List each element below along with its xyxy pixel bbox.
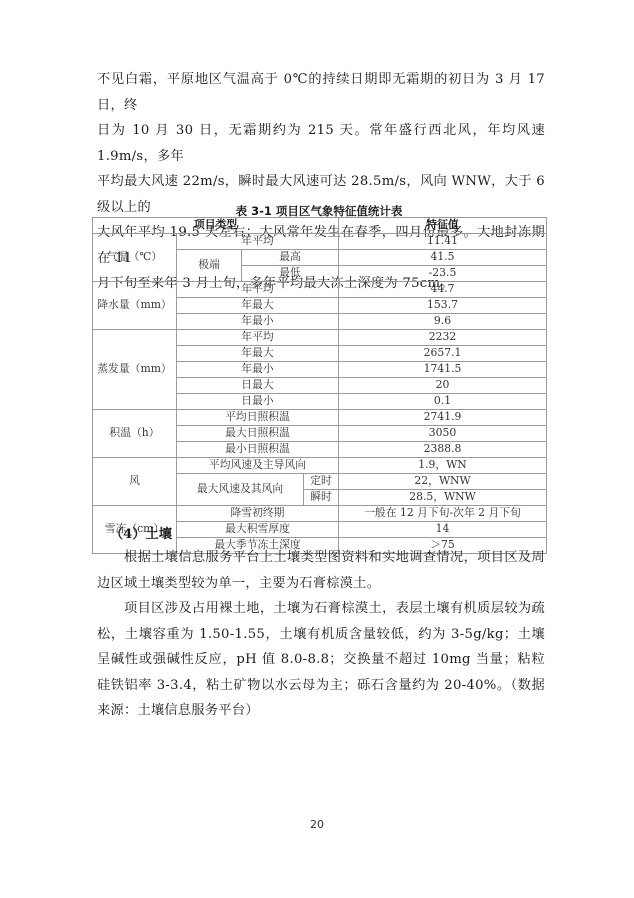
row-value: 14	[339, 522, 547, 538]
table-row: 积温（h） 平均日照积温 2741.9	[93, 410, 547, 426]
row-label: 降雪初终期	[177, 506, 339, 522]
row-label: 最小日照积温	[177, 442, 339, 458]
intro-line: 不见白霜，平原地区气温高于 0℃的持续日期即无霜期的初日为 3 月 17 日，终	[97, 67, 545, 118]
row-value: 2388.8	[339, 442, 547, 458]
row-value: 153.7	[339, 298, 547, 314]
row-value: 0.1	[339, 394, 547, 410]
row-label: 年平均	[177, 282, 339, 298]
row-label: 日最大	[177, 378, 339, 394]
soil-paragraph: 根据土壤信息服务平台上土壤类型图资料和实地调查情况，项目区及周边区域土壤类型较为…	[97, 545, 545, 596]
row-value: 3050	[339, 426, 547, 442]
wind-label: 风	[93, 458, 177, 506]
row-label: 日最小	[177, 394, 339, 410]
row-value: 1741.5	[339, 362, 547, 378]
sub-label: 瞬时	[304, 490, 339, 506]
extreme-label: 极端	[177, 250, 242, 282]
row-value: 一般在 12 月下旬-次年 2 月下旬	[339, 506, 547, 522]
temp-label: 气温（℃）	[93, 234, 177, 282]
row-label: 年最大	[177, 298, 339, 314]
intro-line: 日为 10 月 30 日，无霜期约为 215 天。常年盛行西北风，年均风速 1.…	[97, 118, 545, 169]
page-number: 20	[0, 818, 634, 831]
table-row: 气温（℃） 年平均 11.41	[93, 234, 547, 250]
row-value: 2232	[339, 330, 547, 346]
header-type: 项目类型	[93, 218, 339, 234]
row-label: 年平均	[177, 234, 339, 250]
table-header-row: 项目类型 特征值	[93, 218, 547, 234]
row-label: 最大日照积温	[177, 426, 339, 442]
row-value: 44.7	[339, 282, 547, 298]
row-label: 平均风速及主导风向	[177, 458, 339, 474]
section-heading: （4）土壤	[110, 523, 172, 542]
row-label: 最高	[242, 250, 339, 266]
row-value: 41.5	[339, 250, 547, 266]
row-label: 最大积雪厚度	[177, 522, 339, 538]
row-value: 9.6	[339, 314, 547, 330]
evap-label: 蒸发量（mm）	[93, 330, 177, 410]
climate-table: 项目类型 特征值 气温（℃） 年平均 11.41 极端 最高 41.5 最低 -…	[92, 217, 547, 554]
row-value: 28.5，WNW	[339, 490, 547, 506]
row-value: 2741.9	[339, 410, 547, 426]
table-row: 雪冻（cm） 降雪初终期 一般在 12 月下旬-次年 2 月下旬	[93, 506, 547, 522]
header-value: 特征值	[339, 218, 547, 234]
precip-label: 降水量（mm）	[93, 282, 177, 330]
row-value: 11.41	[339, 234, 547, 250]
row-value: 20	[339, 378, 547, 394]
sub-label: 定时	[304, 474, 339, 490]
row-label: 年最小	[177, 314, 339, 330]
row-label: 平均日照积温	[177, 410, 339, 426]
accum-label: 积温（h）	[93, 410, 177, 458]
row-value: 2657.1	[339, 346, 547, 362]
table-row: 蒸发量（mm） 年平均 2232	[93, 330, 547, 346]
row-label: 年平均	[177, 330, 339, 346]
table-row: 风 平均风速及主导风向 1.9，WN	[93, 458, 547, 474]
row-value: 22，WNW	[339, 474, 547, 490]
row-value: -23.5	[339, 266, 547, 282]
row-label: 最大风速及其风向	[177, 474, 304, 506]
soil-section: 根据土壤信息服务平台上土壤类型图资料和实地调查情况，项目区及周边区域土壤类型较为…	[97, 545, 545, 724]
row-label: 最低	[242, 266, 339, 282]
soil-paragraph: 项目区涉及占用裸土地，土壤为石膏棕漠土，表层土壤有机质层较为疏松，土壤容重为 1…	[97, 596, 545, 724]
row-value: 1.9，WN	[339, 458, 547, 474]
table-row: 降水量（mm） 年平均 44.7	[93, 282, 547, 298]
row-label: 年最小	[177, 362, 339, 378]
row-label: 年最大	[177, 346, 339, 362]
